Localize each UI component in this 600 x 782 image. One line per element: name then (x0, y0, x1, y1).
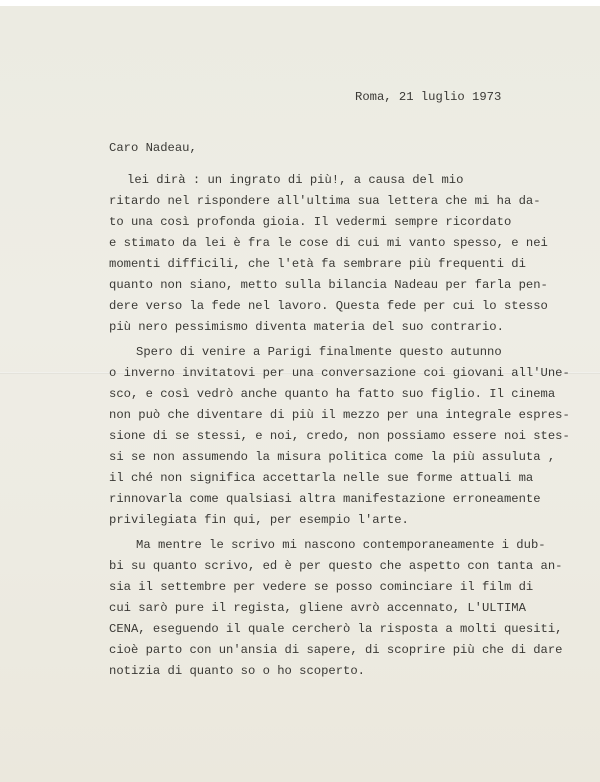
body-line-12: non può che diventare di più il mezzo pe… (109, 408, 570, 422)
body-line-7: dere verso la fede nel lavoro. Questa fe… (109, 299, 548, 313)
body-line-23: cioè parto con un'ansia di sapere, di sc… (109, 643, 562, 657)
body-line-24: notizia di quanto so o ho scoperto. (109, 664, 365, 678)
body-line-22: CENA, eseguendo il quale cercherò la ris… (109, 622, 562, 636)
body-line-5: momenti difficili, che l'età fa sembrare… (109, 257, 526, 271)
body-line-6: quanto non siano, metto sulla bilancia N… (109, 278, 548, 292)
body-line-3: to una così profonda gioia. Il vedermi s… (109, 215, 511, 229)
body-line-18: Ma mentre le scrivo mi nascono contempor… (136, 538, 546, 552)
body-line-20: sia il settembre per vedere se posso com… (109, 580, 533, 594)
body-line-11: sco, e così vedrò anche quanto ha fatto … (109, 387, 555, 401)
body-line-15: il ché non significa accettarla nelle su… (109, 471, 533, 485)
body-line-9: Spero di venire a Parigi finalmente ques… (136, 345, 502, 359)
body-line-14: si se non assumendo la misura politica c… (109, 450, 555, 464)
body-line-2: ritardo nel rispondere all'ultima sua le… (109, 194, 541, 208)
body-line-16: rinnovarla come qualsiasi altra manifest… (109, 492, 541, 506)
body-line-8: più nero pessimismo diventa materia del … (109, 320, 504, 334)
body-line-17: privilegiata fin qui, per esempio l'arte… (109, 513, 409, 527)
place-date: Roma, 21 luglio 1973 (355, 90, 501, 104)
body-line-13: sione di se stessi, e noi, credo, non po… (109, 429, 570, 443)
body-line-21: cui sarò pure il regista, gliene avrò ac… (109, 601, 526, 615)
body-line-4: e stimato da lei è fra le cose di cui mi… (109, 236, 548, 250)
body-line-1: lei dirà : un ingrato di più!, a causa d… (127, 173, 463, 187)
body-line-10: o inverno invitatovi per una conversazio… (109, 366, 570, 380)
body-line-19: bi su quanto scrivo, ed è per questo che… (109, 559, 562, 573)
salutation: Caro Nadeau, (109, 141, 197, 155)
